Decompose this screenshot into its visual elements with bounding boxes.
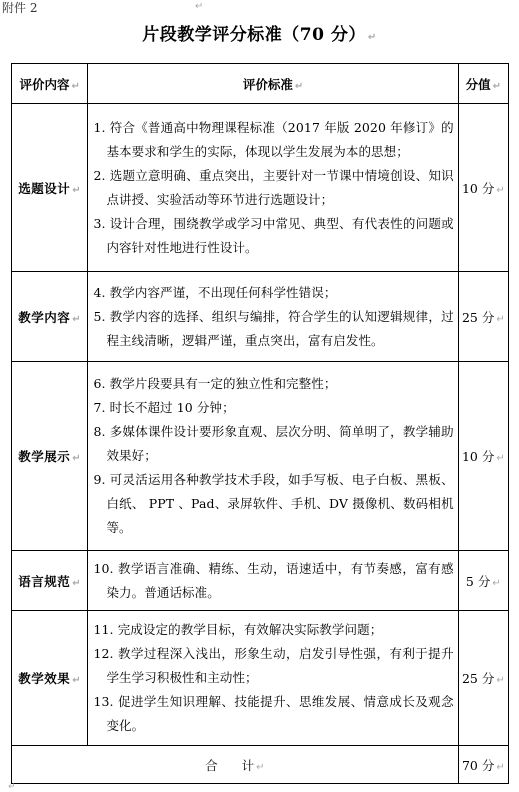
paragraph-mark-icon: ↵ — [368, 32, 377, 43]
criterion-item: 5. 教学内容的选择、组织与编排，符合学生的认知逻辑规律，过程主线清晰，逻辑严谨… — [93, 305, 453, 353]
criteria-cell: 1. 符合《普通高中物理课程标准（2017 年版 2020 年修订》的基本要求和… — [88, 104, 458, 272]
total-row: 合 计↵ 70 分↵ — [12, 746, 509, 784]
category-cell: 选题设计↵ — [12, 104, 88, 272]
table-row: 选题设计↵ 1. 符合《普通高中物理课程标准（2017 年版 2020 年修订》… — [12, 104, 509, 272]
category-cell: 语言规范↵ — [12, 551, 88, 611]
paragraph-mark-icon: ↵ — [295, 81, 303, 92]
criterion-item: 10. 教学语言准确、精练、生动，语速适中，有节奏感，富有感染力。普通话标准。 — [93, 557, 453, 605]
paragraph-mark-icon: ↵ — [492, 578, 500, 589]
column-header-score: 分值↵ — [458, 64, 508, 104]
score-cell: 10 分↵ — [458, 104, 508, 272]
criteria-cell: 11. 完成设定的教学目标，有效解决实际教学问题； 12. 教学过程深入浅出，形… — [88, 611, 458, 746]
criteria-cell: 10. 教学语言准确、精练、生动，语速适中，有节奏感，富有感染力。普通话标准。 — [88, 551, 458, 611]
column-header-criteria: 评价标准↵ — [88, 64, 458, 104]
paragraph-mark-icon: ↵ — [496, 314, 504, 325]
criterion-item: 9. 可灵活运用各种教学技术手段，如手写板、电子白板、黑板、白纸、 PPT 、P… — [93, 468, 453, 540]
paragraph-mark-icon: ↵ — [72, 185, 81, 196]
criterion-item: 2. 选题立意明确、重点突出，主要针对一节课中情境创设、知识点讲授、实验活动等环… — [93, 164, 453, 212]
paragraph-mark-icon: ↵ — [72, 675, 81, 686]
category-cell: 教学效果↵ — [12, 611, 88, 746]
column-header-category: 评价内容↵ — [12, 64, 88, 104]
criterion-item: 3. 设计合理，围绕教学或学习中常见、典型、有代表性的问题或内容针对性地进行性设… — [93, 212, 453, 260]
score-cell: 5 分↵ — [458, 551, 508, 611]
page-title: 片段教学评分标准（70 分）↵ — [0, 23, 519, 50]
criterion-item: 8. 多媒体课件设计要形象直观、层次分明、简单明了，教学辅助效果好； — [93, 420, 453, 468]
score-cell: 25 分↵ — [458, 272, 508, 362]
table-header-row: 评价内容↵ 评价标准↵ 分值↵ — [12, 64, 509, 104]
category-cell: 教学内容↵ — [12, 272, 88, 362]
criteria-cell: 6. 教学片段要具有一定的独立性和完整性； 7. 时长不超过 10 分钟； 8.… — [88, 362, 458, 551]
paragraph-mark-icon: ↵ — [496, 185, 504, 196]
paragraph-mark-icon: ↵ — [72, 578, 81, 589]
total-score-cell: 70 分↵ — [458, 746, 508, 784]
paragraph-mark-icon: ↵ — [72, 453, 81, 464]
total-label-cell: 合 计↵ — [12, 746, 459, 784]
paragraph-mark-icon: ↵ — [496, 675, 504, 686]
attachment-label: 附件 2 — [2, 0, 37, 16]
criterion-item: 7. 时长不超过 10 分钟； — [93, 396, 453, 420]
scoring-table: 评价内容↵ 评价标准↵ 分值↵ 选题设计↵ 1. 符合《普通高中物理课程标准（2… — [11, 63, 509, 784]
category-cell: 教学展示↵ — [12, 362, 88, 551]
criterion-item: 4. 教学内容严谨，不出现任何科学性错误； — [93, 281, 453, 305]
paragraph-mark-icon: ↵ — [8, 782, 16, 792]
paragraph-mark-icon: ↵ — [496, 762, 504, 773]
paragraph-mark-icon: ↵ — [195, 1, 203, 12]
paragraph-mark-icon: ↵ — [496, 453, 504, 464]
table-row: 教学内容↵ 4. 教学内容严谨，不出现任何科学性错误； 5. 教学内容的选择、组… — [12, 272, 509, 362]
criterion-item: 11. 完成设定的教学目标，有效解决实际教学问题； — [93, 618, 453, 642]
score-cell: 10 分↵ — [458, 362, 508, 551]
criteria-cell: 4. 教学内容严谨，不出现任何科学性错误； 5. 教学内容的选择、组织与编排，符… — [88, 272, 458, 362]
paragraph-mark-icon: ↵ — [493, 81, 501, 92]
criterion-item: 12. 教学过程深入浅出，形象生动，启发引导性强，有利于提升学生学习积极性和主动… — [93, 642, 453, 690]
paragraph-mark-icon: ↵ — [72, 314, 81, 325]
paragraph-mark-icon: ↵ — [72, 81, 80, 92]
criterion-item: 13. 促进学生知识理解、技能提升、思维发展、情意成长及观念变化。 — [93, 690, 453, 738]
score-cell: 25 分↵ — [458, 611, 508, 746]
table-row: 语言规范↵ 10. 教学语言准确、精练、生动，语速适中，有节奏感，富有感染力。普… — [12, 551, 509, 611]
table-row: 教学展示↵ 6. 教学片段要具有一定的独立性和完整性； 7. 时长不超过 10 … — [12, 362, 509, 551]
criterion-item: 1. 符合《普通高中物理课程标准（2017 年版 2020 年修订》的基本要求和… — [93, 116, 453, 164]
paragraph-mark-icon: ↵ — [256, 762, 264, 773]
criterion-item: 6. 教学片段要具有一定的独立性和完整性； — [93, 372, 453, 396]
table-row: 教学效果↵ 11. 完成设定的教学目标，有效解决实际教学问题； 12. 教学过程… — [12, 611, 509, 746]
